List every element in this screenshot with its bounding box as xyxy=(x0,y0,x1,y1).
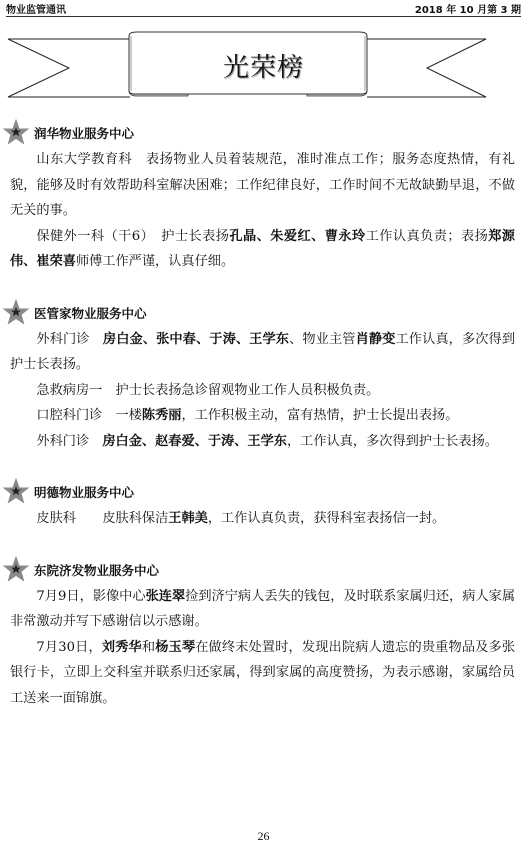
section-title: 润华物业服务中心 xyxy=(34,121,134,147)
commendation-paragraph: 7月9日，影像中心张连翠捡到济宁病人丢失的钱包，及时联系家属归还，病人家属非常激… xyxy=(10,584,515,635)
honor-section: 润华物业服务中心山东大学教育科 表扬物业人员着装规范，准时准点工作；服务态度热情… xyxy=(10,121,515,275)
document-body: 润华物业服务中心山东大学教育科 表扬物业人员着装规范，准时准点工作；服务态度热情… xyxy=(10,121,515,711)
honor-section: 东院济发物业服务中心7月9日，影像中心张连翠捡到济宁病人丢失的钱包，及时联系家属… xyxy=(10,558,515,712)
paragraph-text: 皮肤科 皮肤科保洁 xyxy=(36,511,168,526)
commendation-paragraph: 急救病房一 护士长表扬急诊留观物业工作人员积极负责。 xyxy=(10,378,515,404)
star-icon xyxy=(2,118,30,146)
commendation-paragraph: 外科门诊 房白金、张中春、于涛、王学东、物业主管肖静变工作认真，多次得到护士长表… xyxy=(10,327,515,378)
section-heading: 医管家物业服务中心 xyxy=(2,301,515,327)
section-spacer xyxy=(10,532,515,558)
honor-section: 医管家物业服务中心外科门诊 房白金、张中春、于涛、王学东、物业主管肖静变工作认真… xyxy=(10,301,515,455)
section-heading: 润华物业服务中心 xyxy=(2,121,515,147)
paragraph-text: 外科门诊 xyxy=(36,434,102,449)
star-icon xyxy=(2,555,30,583)
paragraph-text: 7月9日，影像中心 xyxy=(36,589,145,604)
paragraph-text: ，工作认真，多次得到护士长表扬。 xyxy=(287,434,498,449)
commended-names: 刘秀华 xyxy=(102,640,142,655)
commendation-paragraph: 山东大学教育科 表扬物业人员着装规范，准时准点工作；服务态度热情，有礼貌，能够及… xyxy=(10,147,515,224)
commended-names: 房白金、赵春爱、于涛、王学东 xyxy=(102,434,287,449)
paragraph-text: 师傅工作严谨，认真仔细。 xyxy=(76,254,234,269)
commendation-paragraph: 皮肤科 皮肤科保洁王韩美，工作认真负责，获得科室表扬信一封。 xyxy=(10,506,515,532)
commended-names: 孔晶、朱爱红、曹永玲 xyxy=(229,229,365,244)
commended-names: 房白金、张中春、于涛、王学东 xyxy=(103,332,289,347)
paragraph-text: ，工作认真负责，获得科室表扬信一封。 xyxy=(208,511,445,526)
section-heading: 明德物业服务中心 xyxy=(2,480,515,506)
section-heading: 东院济发物业服务中心 xyxy=(2,558,515,584)
issue-date: 2018 年 10 月第 3 期 xyxy=(415,1,521,16)
paragraph-text: 保健外一科（干6） 护士长表扬 xyxy=(36,229,229,244)
paragraph-text: 急救病房一 护士长表扬急诊留观物业工作人员积极负责。 xyxy=(36,383,379,398)
paragraph-text: 口腔科门诊 一楼 xyxy=(36,408,142,423)
page-number: 26 xyxy=(0,829,527,844)
star-icon xyxy=(2,477,30,505)
section-title: 东院济发物业服务中心 xyxy=(34,558,159,584)
section-spacer xyxy=(10,454,515,480)
commendation-paragraph: 外科门诊 房白金、赵春爱、于涛、王学东，工作认真，多次得到护士长表扬。 xyxy=(10,429,515,455)
commended-names: 张连翠 xyxy=(146,589,186,604)
paragraph-text: 和 xyxy=(142,640,155,655)
paragraph-text: 、物业主管 xyxy=(289,332,356,347)
commended-names: 杨玉琴 xyxy=(155,640,195,655)
section-spacer xyxy=(10,275,515,301)
paragraph-text: 7月30日， xyxy=(36,640,101,655)
page-header: 物业监管通讯 2018 年 10 月第 3 期 xyxy=(6,2,521,16)
commended-names: 王韩美 xyxy=(168,511,208,526)
header-divider xyxy=(6,16,521,17)
commendation-paragraph: 保健外一科（干6） 护士长表扬孔晶、朱爱红、曹永玲工作认真负责；表扬郑源伟、崔荣… xyxy=(10,224,515,275)
section-title: 医管家物业服务中心 xyxy=(34,301,147,327)
commended-names: 肖静变 xyxy=(356,332,396,347)
commended-names: 陈秀丽 xyxy=(142,408,182,423)
section-title: 明德物业服务中心 xyxy=(34,480,134,506)
paragraph-text: 工作认真负责；表扬 xyxy=(366,229,489,244)
paragraph-text: 山东大学教育科 表扬物业人员着装规范，准时准点工作；服务态度热情，有礼貌，能够及… xyxy=(10,152,515,218)
paragraph-text: 外科门诊 xyxy=(36,332,103,347)
commendation-paragraph: 7月30日，刘秀华和杨玉琴在做终末处置时，发现出院病人遗忘的贵重物品及多张银行卡… xyxy=(10,635,515,712)
honor-section: 明德物业服务中心皮肤科 皮肤科保洁王韩美，工作认真负责，获得科室表扬信一封。 xyxy=(10,480,515,532)
commendation-paragraph: 口腔科门诊 一楼陈秀丽，工作积极主动，富有热情，护士长提出表扬。 xyxy=(10,403,515,429)
publication-name: 物业监管通讯 xyxy=(6,1,66,16)
star-icon xyxy=(2,298,30,326)
banner-title: 光荣榜 xyxy=(0,47,527,84)
paragraph-text: ，工作积极主动，富有热情，护士长提出表扬。 xyxy=(181,408,458,423)
